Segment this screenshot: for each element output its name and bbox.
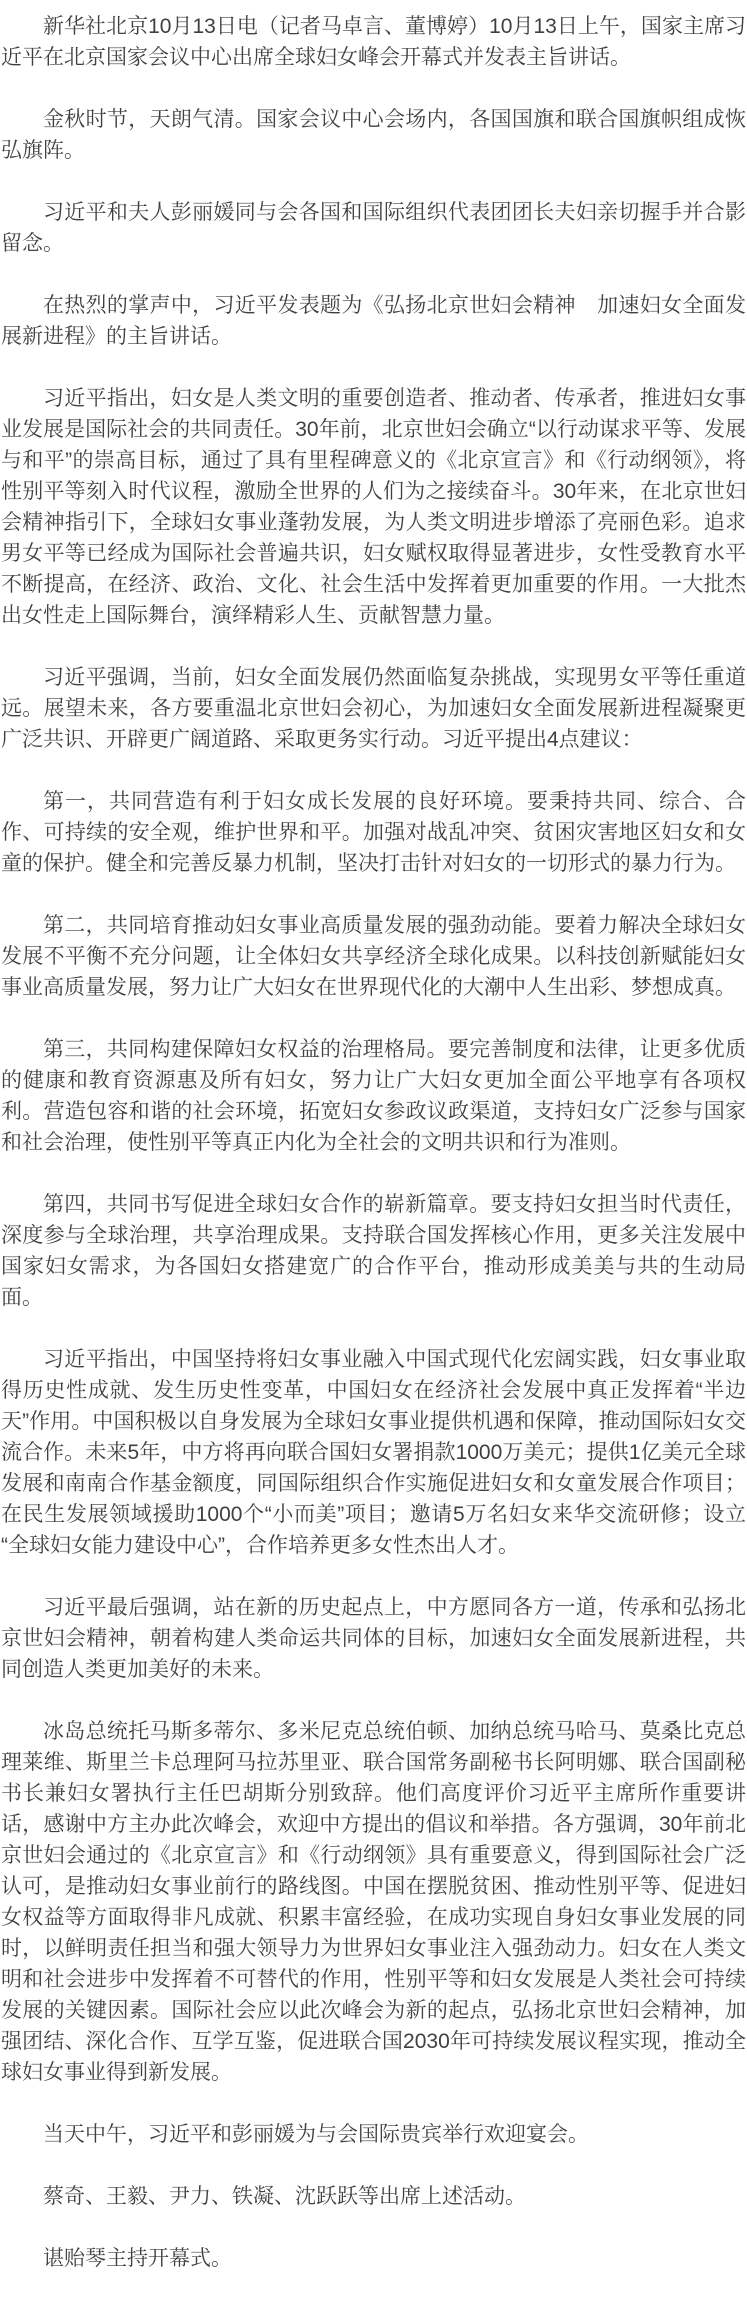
article-paragraph-banquet: 当天中午，习近平和彭丽媛为与会国际贵宾举行欢迎宴会。 (1, 2119, 746, 2150)
news-article: 新华社北京10月13日电（记者马卓言、董博婷）10月13日上午，国家主席习近平在… (1, 11, 746, 2274)
article-paragraph-china-measures: 习近平指出，中国坚持将妇女事业融入中国式现代化宏阔实践，妇女事业取得历史性成就、… (1, 1344, 746, 1561)
article-paragraph-dateline: 新华社北京10月13日电（记者马卓言、董博婷）10月13日上午，国家主席习近平在… (1, 11, 746, 73)
article-paragraph-proposal-3: 第三，共同构建保障妇女权益的治理格局。要完善制度和法律，让更多优质的健康和教育资… (1, 1034, 746, 1158)
article-paragraph-body-2: 习近平强调，当前，妇女全面发展仍然面临复杂挑战，实现男女平等任重道远。展望未来，… (1, 662, 746, 755)
article-paragraph-foreign-leaders: 冰岛总统托马斯多蒂尔、多米尼克总统伯顿、加纳总统马哈马、莫桑比克总理莱维、斯里兰… (1, 1716, 746, 2088)
article-paragraph-proposal-1: 第一，共同营造有利于妇女成长发展的良好环境。要秉持共同、综合、合作、可持续的安全… (1, 786, 746, 879)
article-paragraph-conclusion: 习近平最后强调，站在新的历史起点上，中方愿同各方一道，传承和弘扬北京世妇会精神，… (1, 1592, 746, 1685)
article-paragraph-proposal-2: 第二，共同培育推动妇女事业高质量发展的强劲动能。要着力解决全球妇女发展不平衡不充… (1, 910, 746, 1003)
article-paragraph-host: 谌贻琴主持开幕式。 (1, 2243, 746, 2274)
article-paragraph-attendees: 蔡奇、王毅、尹力、铁凝、沈跃跃等出席上述活动。 (1, 2181, 746, 2212)
article-page: 新华社北京10月13日电（记者马卓言、董博婷）10月13日上午，国家主席习近平在… (0, 0, 747, 2322)
article-paragraph-greeting: 习近平和夫人彭丽媛同与会各国和国际组织代表团团长夫妇亲切握手并合影留念。 (1, 197, 746, 259)
article-paragraph-speech-title: 在热烈的掌声中，习近平发表题为《弘扬北京世妇会精神 加速妇女全面发展新进程》的主… (1, 290, 746, 352)
article-paragraph-body-1: 习近平指出，妇女是人类文明的重要创造者、推动者、传承者，推进妇女事业发展是国际社… (1, 383, 746, 631)
article-paragraph-scene: 金秋时节，天朗气清。国家会议中心会场内，各国国旗和联合国旗帜组成恢弘旗阵。 (1, 104, 746, 166)
article-paragraph-proposal-4: 第四，共同书写促进全球妇女合作的崭新篇章。要支持妇女担当时代责任，深度参与全球治… (1, 1189, 746, 1313)
